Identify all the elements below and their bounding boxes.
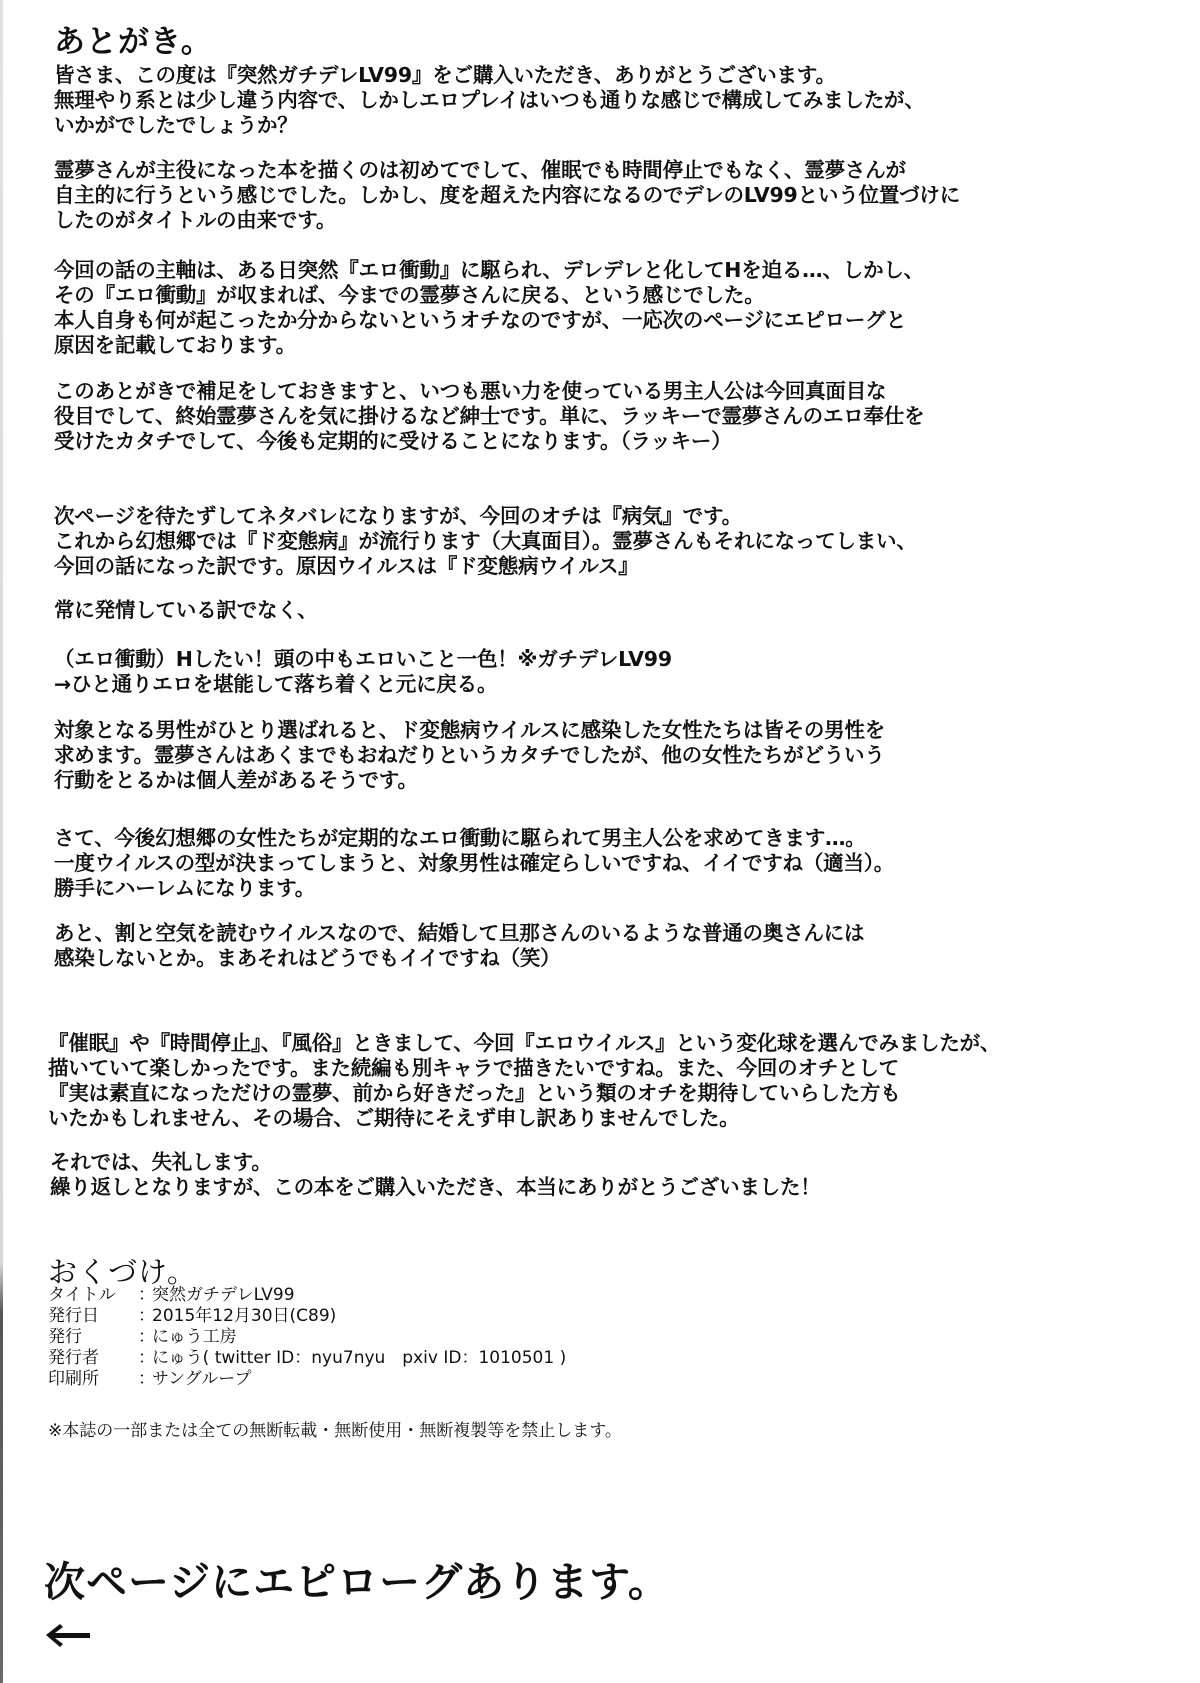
afterword-paragraph-6: 常に発情している訳でなく、 bbox=[54, 598, 1164, 623]
paragraph-text: 『催眠』や『時間停止』、『風俗』ときまして、今回『エロウイルス』という変化球を選… bbox=[48, 1031, 1158, 1131]
colophon-key: タイトル bbox=[48, 1285, 138, 1306]
paragraph-text: 常に発情している訳でなく、 bbox=[54, 598, 1164, 623]
afterword-paragraph-7: （エロ衝動）Hしたい！頭の中もエロいこと一色！※ガチデレLV99 →ひと通りエロ… bbox=[54, 647, 1164, 697]
afterword-paragraph-3: 今回の話の主軸は、ある日突然『エロ衝動』に駆られ、デレデレと化してHを迫る…、し… bbox=[54, 258, 1164, 358]
colophon-key: 発行 bbox=[48, 1327, 138, 1348]
paragraph-text: それでは、失礼します。 繰り返しとなりますが、この本をご購入いただき、本当にあり… bbox=[50, 1150, 1160, 1200]
afterword-heading: あとがき。 bbox=[54, 27, 213, 58]
afterword-paragraph-4: このあとがきで補足をしておきますと、いつも悪い力を使っている男主人公は今回真面目… bbox=[54, 379, 1164, 454]
colophon-key: 発行日 bbox=[48, 1306, 138, 1327]
copyright-notice: ※本誌の一部または全ての無断転載・無断使用・無断複製等を禁止します。 bbox=[48, 1421, 622, 1442]
colophon-separator: ： bbox=[138, 1327, 152, 1348]
afterword-paragraph-8: 対象となる男性がひとり選ばれると、ド変態病ウイルスに感染した女性たちは皆その男性… bbox=[54, 718, 1164, 793]
paragraph-text: このあとがきで補足をしておきますと、いつも悪い力を使っている男主人公は今回真面目… bbox=[54, 379, 1164, 454]
paragraph-text: 次ページを待たずしてネタバレになりますが、今回のオチは『病気』です。 これから幻… bbox=[54, 504, 1164, 579]
colophon-value: 2015年12月30日(C89) bbox=[152, 1306, 336, 1327]
page-edge bbox=[0, 0, 3, 1683]
colophon-value: にゅう工房 bbox=[152, 1327, 237, 1348]
colophon-table: タイトル ： 突然ガチデレLV99 発行日 ： 2015年12月30日(C89)… bbox=[48, 1285, 566, 1390]
arrow-left-icon bbox=[46, 1620, 92, 1650]
paragraph-text: 対象となる男性がひとり選ばれると、ド変態病ウイルスに感染した女性たちは皆その男性… bbox=[54, 718, 1164, 793]
paragraph-text: 皆さま、この度は『突然ガチデレLV99』をご購入いただき、ありがとうございます。… bbox=[54, 63, 1164, 138]
colophon-row-printer: 印刷所 ： サングループ bbox=[48, 1369, 566, 1390]
afterword-paragraph-11: 『催眠』や『時間停止』、『風俗』ときまして、今回『エロウイルス』という変化球を選… bbox=[48, 1031, 1158, 1131]
colophon-row-author: 発行者 ： にゅう( twitter ID：nyu7nyu pxiv ID：10… bbox=[48, 1348, 566, 1369]
colophon-separator: ： bbox=[138, 1369, 152, 1390]
colophon-value: 突然ガチデレLV99 bbox=[152, 1285, 295, 1306]
colophon-row-date: 発行日 ： 2015年12月30日(C89) bbox=[48, 1306, 566, 1327]
afterword-paragraph-2: 霊夢さんが主役になった本を描くのは初めてでして、催眠でも時間停止でもなく、霊夢さ… bbox=[54, 158, 1164, 233]
colophon-value: サングループ bbox=[152, 1369, 251, 1390]
colophon-separator: ： bbox=[138, 1348, 152, 1369]
colophon-row-publisher: 発行 ： にゅう工房 bbox=[48, 1327, 566, 1348]
paragraph-text: あと、割と空気を読むウイルスなので、結婚して旦那さんのいるような普通の奥さんには… bbox=[54, 921, 1164, 971]
colophon-value: にゅう( twitter ID：nyu7nyu pxiv ID：1010501 … bbox=[152, 1348, 566, 1369]
afterword-paragraph-12: それでは、失礼します。 繰り返しとなりますが、この本をご購入いただき、本当にあり… bbox=[50, 1150, 1160, 1200]
colophon-separator: ： bbox=[138, 1285, 152, 1306]
afterword-paragraph-10: あと、割と空気を読むウイルスなので、結婚して旦那さんのいるような普通の奥さんには… bbox=[54, 921, 1164, 971]
paragraph-text: 霊夢さんが主役になった本を描くのは初めてでして、催眠でも時間停止でもなく、霊夢さ… bbox=[54, 158, 1164, 233]
colophon-separator: ： bbox=[138, 1306, 152, 1327]
colophon-heading: おくづけ。 bbox=[48, 1258, 197, 1287]
colophon-key: 印刷所 bbox=[48, 1369, 138, 1390]
paragraph-text: （エロ衝動）Hしたい！頭の中もエロいこと一色！※ガチデレLV99 →ひと通りエロ… bbox=[54, 647, 1164, 697]
afterword-paragraph-1: 皆さま、この度は『突然ガチデレLV99』をご購入いただき、ありがとうございます。… bbox=[54, 63, 1164, 138]
afterword-paragraph-5: 次ページを待たずしてネタバレになりますが、今回のオチは『病気』です。 これから幻… bbox=[54, 504, 1164, 579]
next-page-notice: 次ページにエピローグあります。 bbox=[44, 1562, 670, 1603]
paragraph-text: 今回の話の主軸は、ある日突然『エロ衝動』に駆られ、デレデレと化してHを迫る…、し… bbox=[54, 258, 1164, 358]
paragraph-text: さて、今後幻想郷の女性たちが定期的なエロ衝動に駆られて男主人公を求めてきます…。… bbox=[54, 826, 1164, 901]
colophon-key: 発行者 bbox=[48, 1348, 138, 1369]
colophon-row-title: タイトル ： 突然ガチデレLV99 bbox=[48, 1285, 566, 1306]
afterword-paragraph-9: さて、今後幻想郷の女性たちが定期的なエロ衝動に駆られて男主人公を求めてきます…。… bbox=[54, 826, 1164, 901]
